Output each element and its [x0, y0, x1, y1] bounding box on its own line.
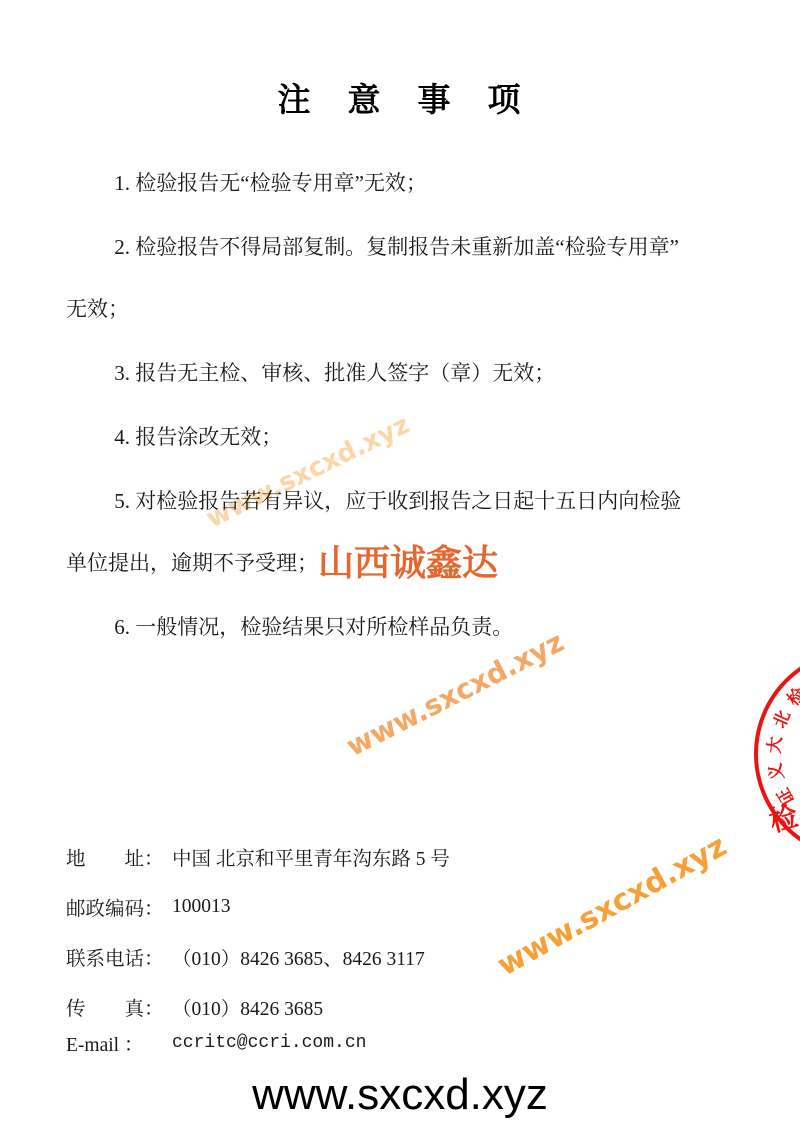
- stamp-arc-char: 大: [764, 735, 787, 754]
- note-item-6: 6. 一般情况，检验结果只对所检样品负责。: [66, 596, 766, 658]
- contact-row-email: E-mail ： ccritc@ccri.com.cn: [66, 1018, 626, 1068]
- footer-url: www.sxcxd.xyz: [0, 1070, 800, 1120]
- page-title: 注 意 事 项: [0, 74, 800, 121]
- email-value: ccritc@ccri.com.cn: [172, 1033, 366, 1053]
- stamp-arc-char: 检: [783, 683, 800, 710]
- note-item-4: 4. 报告涂改无效；: [66, 406, 766, 468]
- contact-row-address: 地 址： 中国 北京和平里青年沟东路 5 号: [66, 832, 626, 882]
- contact-row-postcode: 邮政编码： 100013: [66, 882, 626, 932]
- fax-value: （010）8426 3685: [172, 993, 323, 1021]
- email-label: E-mail ：: [66, 1029, 166, 1057]
- contact-row-phone: 联系电话： （010）8426 3685、8426 3117: [66, 932, 626, 982]
- phone-label: 联系电话：: [66, 943, 166, 971]
- note-item-3: 3. 报告无主检、审核、批准人签字（章）无效；: [66, 342, 766, 404]
- phone-value: （010）8426 3685、8426 3117: [172, 943, 425, 971]
- address-label: 地 址：: [66, 843, 166, 871]
- note-item-1: 1. 检验报告无“检验专用章”无效；: [66, 152, 766, 214]
- address-value: 中国 北京和平里青年沟东路 5 号: [172, 843, 450, 871]
- red-seal-stamp-icon: 证 义 大 北 检 检: [740, 636, 800, 866]
- postcode-label: 邮政编码：: [66, 893, 166, 921]
- note-item-2: 2. 检验报告不得局部复制。复制报告未重新加盖“检验专用章” 无效；: [66, 216, 766, 340]
- postcode-value: 100013: [172, 896, 231, 918]
- stamp-arc-char: 北: [770, 708, 795, 732]
- stamp-arc-char: 义: [765, 761, 788, 782]
- brand-overlay-text: 山西诚鑫达: [318, 544, 498, 584]
- fax-label: 传 真：: [66, 993, 166, 1021]
- contact-block: 地 址： 中国 北京和平里青年沟东路 5 号 邮政编码： 100013 联系电话…: [66, 832, 626, 1068]
- stamp-inner-char: 检: [766, 799, 800, 838]
